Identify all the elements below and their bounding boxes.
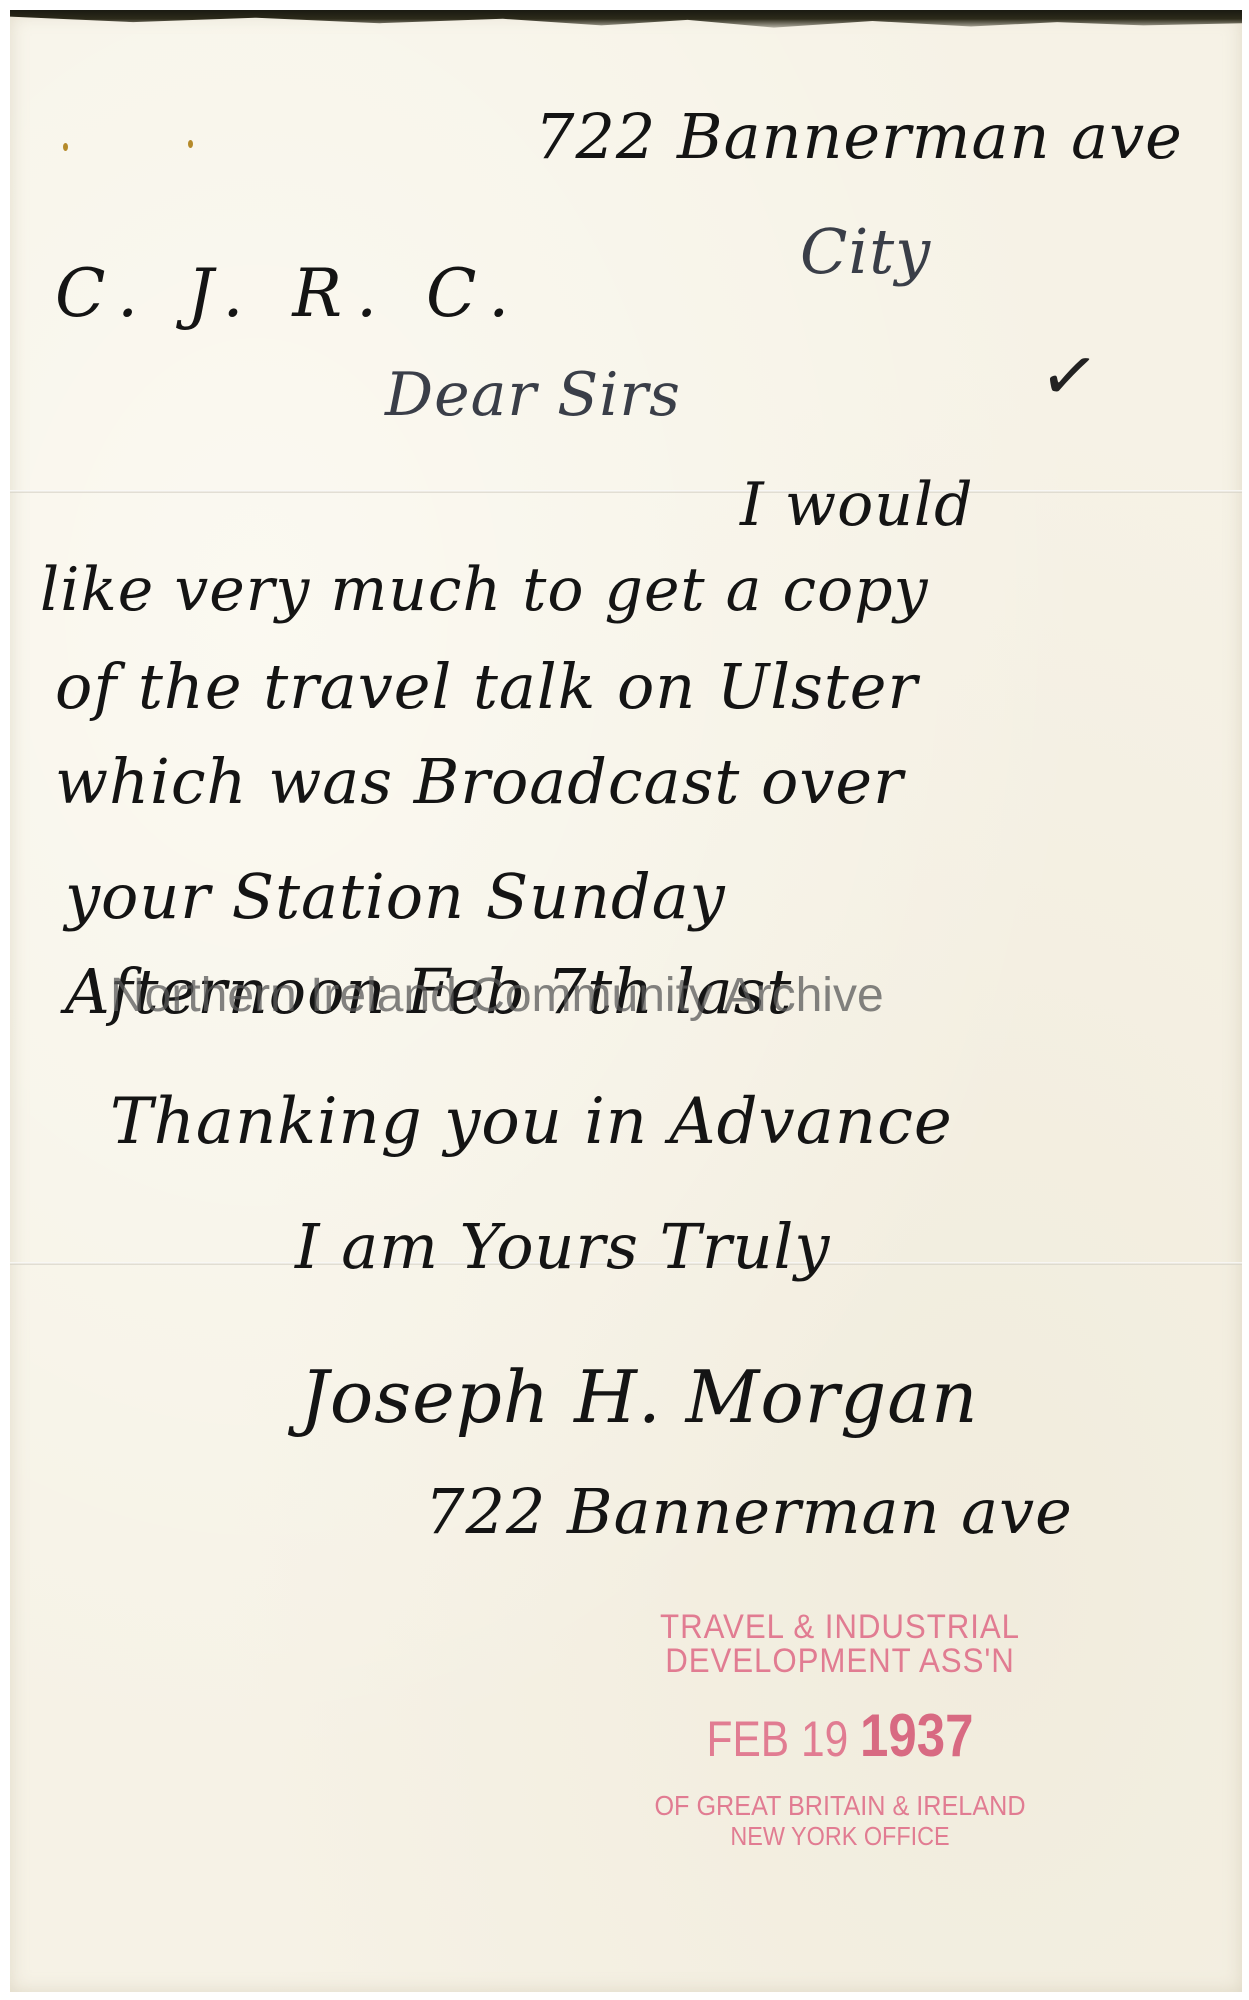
body-line: your Station Sunday <box>65 860 726 933</box>
closing-valediction: I am Yours Truly <box>295 1210 830 1283</box>
fold-line-upper <box>10 490 1242 493</box>
stamp-date: FEB 19 1937 <box>628 1710 1053 1765</box>
body-line: like very much to get a copy <box>40 555 929 625</box>
stamp-date-month-day: FEB 19 <box>706 1711 848 1767</box>
recipient: C. J. R. C. <box>55 255 523 332</box>
archive-watermark: Northern Ireland Community Archive <box>110 968 884 1023</box>
sender-address-line2: City <box>800 215 931 288</box>
signature-address: 722 Bannerman ave <box>425 1475 1073 1548</box>
sender-address-line1: 722 Bannerman ave <box>535 100 1183 173</box>
body-line: of the travel talk on Ulster <box>55 650 918 723</box>
stamp-line1: TRAVEL & INDUSTRIAL <box>610 1610 1070 1644</box>
stamp-date-year: 1937 <box>860 1702 973 1769</box>
body-line: I would <box>740 470 974 540</box>
closing-line: Thanking you in Advance <box>110 1085 953 1159</box>
body-line: which was Broadcast over <box>55 745 904 818</box>
signature: Joseph H. Morgan <box>300 1355 979 1439</box>
stamp-line3: OF GREAT BRITAIN & IRELAND <box>615 1791 1065 1821</box>
received-stamp: TRAVEL & INDUSTRIAL DEVELOPMENT ASS'N FE… <box>590 1610 1090 1851</box>
salutation: Dear Sirs <box>385 360 681 430</box>
stamp-line2: DEVELOPMENT ASS'N <box>610 1644 1070 1678</box>
stamp-line4: NEW YORK OFFICE <box>615 1821 1065 1851</box>
pin-hole-left <box>63 143 68 151</box>
check-mark-icon: ✓ <box>1035 331 1104 420</box>
pin-hole-right <box>188 140 193 148</box>
